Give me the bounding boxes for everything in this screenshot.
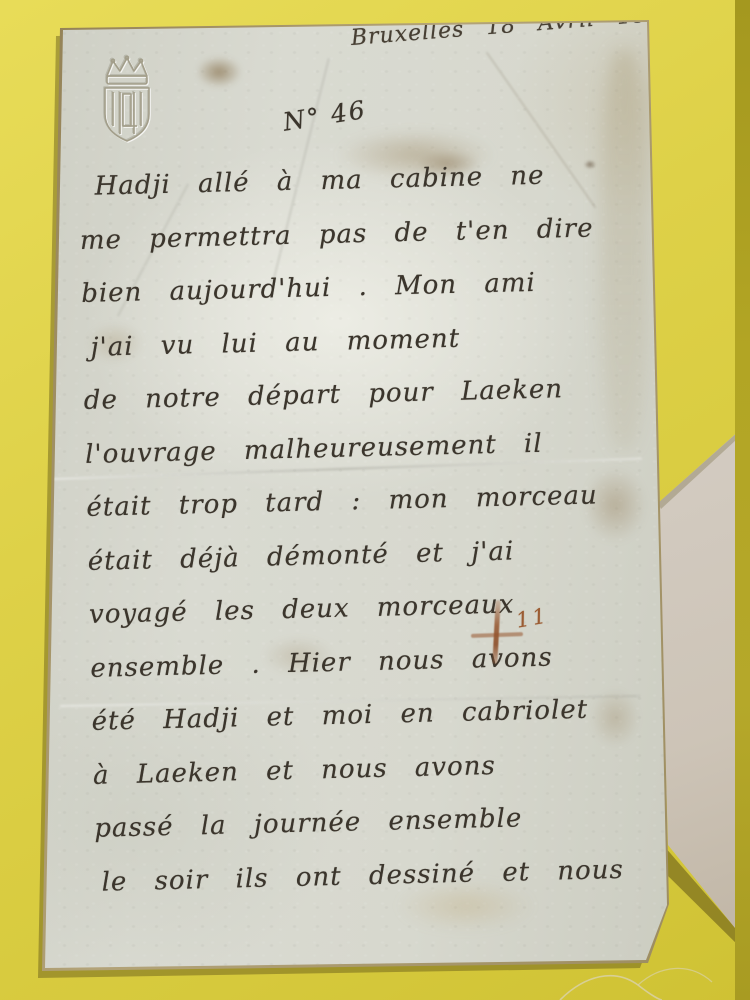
letter-body: Hadji allé à ma cabine ne me permettra p… — [78, 147, 676, 910]
letter-sheet: Bruxelles 18 Avril 1841 N° 46 Hadji allé… — [0, 0, 750, 1000]
photo-background: Bruxelles 18 Avril 1841 N° 46 Hadji allé… — [0, 0, 750, 1000]
embossed-crest-icon — [92, 52, 162, 147]
paper-stain — [196, 56, 242, 88]
right-edge-strip — [735, 0, 750, 1000]
